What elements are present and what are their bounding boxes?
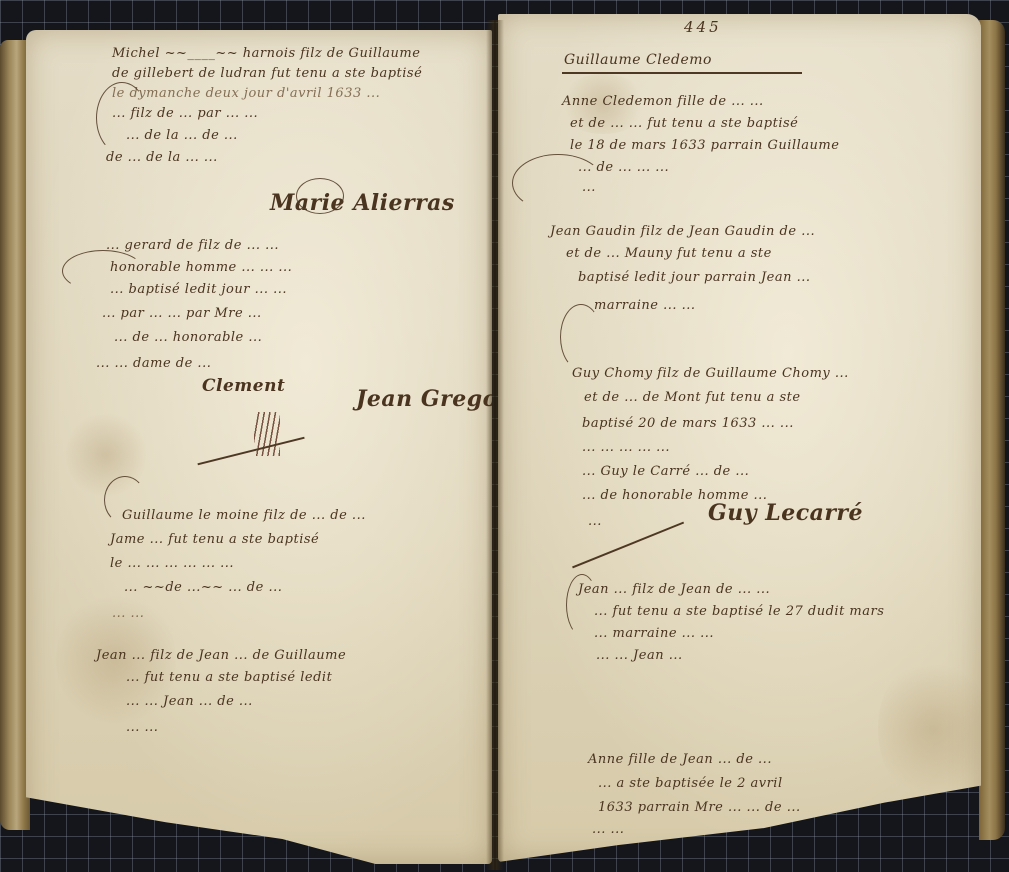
heading-underline bbox=[562, 72, 802, 74]
left-page: 444 Michel ~~____~~ harnois filz de Guil… bbox=[26, 30, 492, 864]
entry-line: baptisé ledit jour parrain Jean ... bbox=[578, 268, 811, 288]
left-page-edges bbox=[0, 40, 30, 830]
entry-line: ... fut tenu a ste baptisé ledit bbox=[126, 668, 332, 688]
entry-line: marraine ... ... bbox=[594, 296, 696, 316]
initial-flourish bbox=[96, 82, 148, 154]
entry-line: Jean Gaudin filz de Jean Gaudin de ... bbox=[550, 222, 815, 242]
entry-line: ... ... bbox=[592, 820, 624, 840]
signature: Guy Lecarré bbox=[708, 500, 863, 526]
entry-line: le dymanche deux jour d'avril 1633 ... bbox=[112, 84, 380, 104]
initial-flourish bbox=[560, 304, 602, 370]
entry-line: ... ... dame de ... bbox=[96, 354, 211, 374]
book-gutter bbox=[486, 20, 504, 870]
entry-line: ... ... bbox=[112, 604, 144, 624]
right-page: 445 Guillaume Cledemo Anne Cledemon fill… bbox=[498, 14, 981, 862]
entry-line: Michel ~~____~~ harnois filz de Guillaum… bbox=[112, 44, 420, 64]
page-number: 445 bbox=[684, 18, 722, 36]
open-register: 444 Michel ~~____~~ harnois filz de Guil… bbox=[0, 0, 1009, 872]
entry-line: Guy Chomy filz de Guillaume Chomy ... bbox=[572, 364, 849, 384]
entry-line: baptisé 20 de mars 1633 ... ... bbox=[582, 414, 794, 434]
pen-stroke bbox=[197, 437, 304, 465]
entry-line: ... Guy le Carré ... de ... bbox=[582, 462, 749, 482]
entry-line: ... fut tenu a ste baptisé le 27 dudit m… bbox=[594, 602, 884, 622]
entry-line: de gillebert de ludran fut tenu a ste ba… bbox=[112, 64, 422, 84]
entry-heading: Guillaume Cledemo bbox=[564, 50, 712, 70]
entry-line: Guillaume le moine filz de ... de ... bbox=[122, 506, 366, 526]
stain bbox=[878, 654, 988, 804]
entry-line: ... par ... ... par Mre ... bbox=[102, 304, 262, 324]
entry-line: ... gerard de filz de ... ... bbox=[106, 236, 279, 256]
entry-line: ... ... ... ... ... bbox=[582, 438, 670, 458]
entry-line: et de ... ... fut tenu a ste baptisé bbox=[570, 114, 798, 134]
entry-line: et de ... Mauny fut tenu a ste bbox=[566, 244, 772, 264]
page-number: 444 bbox=[252, 14, 290, 32]
entry-line: Anne Cledemon fille de ... ... bbox=[562, 92, 764, 112]
entry-line: Anne fille de Jean ... de ... bbox=[588, 750, 772, 770]
entry-line: Jean ... filz de Jean de ... ... bbox=[578, 580, 770, 600]
initial-flourish bbox=[62, 250, 144, 292]
initial-flourish bbox=[512, 154, 604, 212]
entry-line: Jame ... fut tenu a ste baptisé bbox=[110, 530, 319, 550]
entry-line: ... ... Jean ... bbox=[596, 646, 683, 666]
seal-mark bbox=[296, 178, 344, 214]
signature: Clement bbox=[202, 376, 285, 396]
right-page-edges bbox=[979, 20, 1005, 840]
entry-line: ... ... bbox=[126, 718, 158, 738]
signature: ... bbox=[748, 830, 762, 850]
entry-line: le ... ... ... ... ... ... bbox=[110, 554, 234, 574]
entry-line: ... ... Jean ... de ... bbox=[126, 692, 253, 712]
entry-line: ... bbox=[588, 512, 602, 532]
entry-line: et de ... de Mont fut tenu a ste bbox=[584, 388, 801, 408]
entry-line: ... ~~de ...~~ ... de ... bbox=[124, 578, 282, 598]
entry-line: le 18 de mars 1633 parrain Guillaume bbox=[570, 136, 839, 156]
entry-line: Jean ... filz de Jean ... de Guillaume bbox=[96, 646, 346, 666]
entry-line: 1633 parrain Mre ... ... de ... bbox=[598, 798, 801, 818]
entry-line: ... marraine ... ... bbox=[594, 624, 714, 644]
entry-line: ... a ste baptisée le 2 avril bbox=[598, 774, 783, 794]
entry-line: ... de ... honorable ... bbox=[114, 328, 262, 348]
